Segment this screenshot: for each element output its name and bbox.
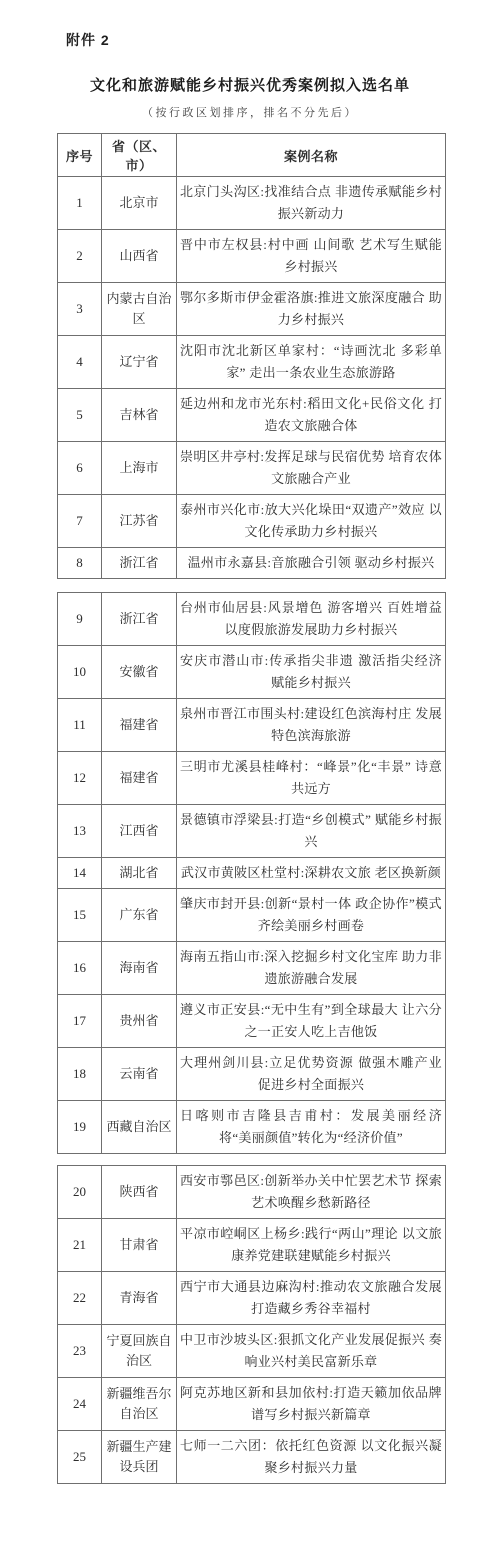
province-cell: 福建省 [102, 699, 177, 752]
province-cell: 安徽省 [102, 646, 177, 699]
attachment-label: 附件 2 [66, 30, 110, 50]
case-name-cell: 泉州市晋江市围头村:建设红色滨海村庄 发展特色滨海旅游 [177, 699, 446, 752]
province-cell: 宁夏回族自治区 [102, 1325, 177, 1378]
column-header-case-name: 案例名称 [177, 134, 446, 177]
province-cell: 广东省 [102, 889, 177, 942]
case-name-cell: 武汉市黄陂区杜堂村:深耕农文旅 老区换新颜 [177, 858, 446, 889]
case-name-cell: 鄂尔多斯市伊金霍洛旗:推进文旅深度融合 助力乡村振兴 [177, 283, 446, 336]
row-number-cell: 10 [58, 646, 102, 699]
case-table-container: 序号 省（区、市） 案例名称 1北京市北京门头沟区:找准结合点 非遗传承赋能乡村… [57, 133, 446, 1484]
row-number-cell: 18 [58, 1048, 102, 1101]
table-row: 12福建省三明市尤溪县桂峰村：“峰景”化“丰景” 诗意共远方 [58, 752, 446, 805]
table-row: 11福建省泉州市晋江市围头村:建设红色滨海村庄 发展特色滨海旅游 [58, 699, 446, 752]
province-cell: 浙江省 [102, 593, 177, 646]
province-cell: 江西省 [102, 805, 177, 858]
document-title: 文化和旅游赋能乡村振兴优秀案例拟入选名单 [0, 74, 500, 95]
province-cell: 甘肃省 [102, 1219, 177, 1272]
row-number-cell: 15 [58, 889, 102, 942]
table-row: 17贵州省遵义市正安县:“无中生有”到全球最大 让六分之一正安人吃上吉他饭 [58, 995, 446, 1048]
province-cell: 内蒙古自治区 [102, 283, 177, 336]
column-header-index: 序号 [58, 134, 102, 177]
province-cell: 海南省 [102, 942, 177, 995]
row-number-cell: 9 [58, 593, 102, 646]
table-row: 24新疆维吾尔自治区阿克苏地区新和县加依村:打造天籁加依品牌 谱写乡村振兴新篇章 [58, 1378, 446, 1431]
case-name-cell: 七师一二六团：依托红色资源 以文化振兴凝聚乡村振兴力量 [177, 1431, 446, 1484]
table-row: 23宁夏回族自治区中卫市沙坡头区:狠抓文化产业发展促振兴 奏响业兴村美民富新乐章 [58, 1325, 446, 1378]
province-cell: 新疆维吾尔自治区 [102, 1378, 177, 1431]
document-subtitle: （按行政区划排序，排名不分先后） [0, 104, 500, 120]
table-row: 8浙江省温州市永嘉县:音旅融合引领 驱动乡村振兴 [58, 548, 446, 579]
case-name-cell: 温州市永嘉县:音旅融合引领 驱动乡村振兴 [177, 548, 446, 579]
province-cell: 辽宁省 [102, 336, 177, 389]
province-cell: 贵州省 [102, 995, 177, 1048]
table-row: 19西藏自治区日喀则市吉隆县吉甫村：发展美丽经济 将“美丽颜值”转化为“经济价值… [58, 1101, 446, 1154]
row-number-cell: 3 [58, 283, 102, 336]
province-cell: 浙江省 [102, 548, 177, 579]
province-cell: 云南省 [102, 1048, 177, 1101]
province-cell: 山西省 [102, 230, 177, 283]
case-name-cell: 平凉市崆峒区上杨乡:践行“两山”理论 以文旅康养党建联建赋能乡村振兴 [177, 1219, 446, 1272]
row-number-cell: 24 [58, 1378, 102, 1431]
row-number-cell: 21 [58, 1219, 102, 1272]
case-name-cell: 安庆市潜山市:传承指尖非遗 激活指尖经济 赋能乡村振兴 [177, 646, 446, 699]
table-row: 13江西省景德镇市浮梁县:打造“乡创模式” 赋能乡村振兴 [58, 805, 446, 858]
row-number-cell: 1 [58, 177, 102, 230]
table-header-row: 序号 省（区、市） 案例名称 [58, 134, 446, 177]
case-name-cell: 中卫市沙坡头区:狠抓文化产业发展促振兴 奏响业兴村美民富新乐章 [177, 1325, 446, 1378]
case-name-cell: 晋中市左权县:村中画 山间歌 艺术写生赋能乡村振兴 [177, 230, 446, 283]
row-number-cell: 17 [58, 995, 102, 1048]
case-name-cell: 遵义市正安县:“无中生有”到全球最大 让六分之一正安人吃上吉他饭 [177, 995, 446, 1048]
case-table-section-2: 9浙江省台州市仙居县:风景增色 游客增兴 百姓增益 以度假旅游发展助力乡村振兴1… [57, 592, 446, 1154]
row-number-cell: 16 [58, 942, 102, 995]
case-name-cell: 大理州剑川县:立足优势资源 做强木雕产业 促进乡村全面振兴 [177, 1048, 446, 1101]
province-cell: 新疆生产建设兵团 [102, 1431, 177, 1484]
table-row: 2山西省晋中市左权县:村中画 山间歌 艺术写生赋能乡村振兴 [58, 230, 446, 283]
table-row: 1北京市北京门头沟区:找准结合点 非遗传承赋能乡村振兴新动力 [58, 177, 446, 230]
table-row: 20陕西省西安市鄠邑区:创新举办关中忙罢艺术节 探索艺术唤醒乡愁新路径 [58, 1166, 446, 1219]
province-cell: 吉林省 [102, 389, 177, 442]
table-row: 15广东省肇庆市封开县:创新“景村一体 政企协作”模式 齐绘美丽乡村画卷 [58, 889, 446, 942]
province-cell: 湖北省 [102, 858, 177, 889]
case-name-cell: 沈阳市沈北新区单家村：“诗画沈北 多彩单家” 走出一条农业生态旅游路 [177, 336, 446, 389]
case-table-section-3: 20陕西省西安市鄠邑区:创新举办关中忙罢艺术节 探索艺术唤醒乡愁新路径21甘肃省… [57, 1165, 446, 1484]
row-number-cell: 25 [58, 1431, 102, 1484]
table-row: 10安徽省安庆市潜山市:传承指尖非遗 激活指尖经济 赋能乡村振兴 [58, 646, 446, 699]
case-name-cell: 崇明区井亭村:发挥足球与民宿优势 培育农体文旅融合产业 [177, 442, 446, 495]
row-number-cell: 4 [58, 336, 102, 389]
row-number-cell: 5 [58, 389, 102, 442]
row-number-cell: 23 [58, 1325, 102, 1378]
row-number-cell: 20 [58, 1166, 102, 1219]
case-name-cell: 景德镇市浮梁县:打造“乡创模式” 赋能乡村振兴 [177, 805, 446, 858]
province-cell: 福建省 [102, 752, 177, 805]
row-number-cell: 8 [58, 548, 102, 579]
case-name-cell: 三明市尤溪县桂峰村：“峰景”化“丰景” 诗意共远方 [177, 752, 446, 805]
table-row: 6上海市崇明区井亭村:发挥足球与民宿优势 培育农体文旅融合产业 [58, 442, 446, 495]
table-row: 7江苏省泰州市兴化市:放大兴化垛田“双遗产”效应 以文化传承助力乡村振兴 [58, 495, 446, 548]
document-page: 附件 2 文化和旅游赋能乡村振兴优秀案例拟入选名单 （按行政区划排序，排名不分先… [0, 0, 500, 1544]
case-name-cell: 泰州市兴化市:放大兴化垛田“双遗产”效应 以文化传承助力乡村振兴 [177, 495, 446, 548]
case-name-cell: 北京门头沟区:找准结合点 非遗传承赋能乡村振兴新动力 [177, 177, 446, 230]
province-cell: 北京市 [102, 177, 177, 230]
case-name-cell: 西宁市大通县边麻沟村:推动农文旅融合发展 打造藏乡秀谷幸福村 [177, 1272, 446, 1325]
table-row: 21甘肃省平凉市崆峒区上杨乡:践行“两山”理论 以文旅康养党建联建赋能乡村振兴 [58, 1219, 446, 1272]
table-row: 5吉林省延边州和龙市光东村:稻田文化+民俗文化 打造农文旅融合体 [58, 389, 446, 442]
row-number-cell: 13 [58, 805, 102, 858]
row-number-cell: 12 [58, 752, 102, 805]
province-cell: 上海市 [102, 442, 177, 495]
case-name-cell: 延边州和龙市光东村:稻田文化+民俗文化 打造农文旅融合体 [177, 389, 446, 442]
case-name-cell: 台州市仙居县:风景增色 游客增兴 百姓增益 以度假旅游发展助力乡村振兴 [177, 593, 446, 646]
row-number-cell: 19 [58, 1101, 102, 1154]
column-header-province: 省（区、市） [102, 134, 177, 177]
table-row: 3内蒙古自治区鄂尔多斯市伊金霍洛旗:推进文旅深度融合 助力乡村振兴 [58, 283, 446, 336]
row-number-cell: 14 [58, 858, 102, 889]
table-row: 14湖北省武汉市黄陂区杜堂村:深耕农文旅 老区换新颜 [58, 858, 446, 889]
case-table-section-1: 序号 省（区、市） 案例名称 1北京市北京门头沟区:找准结合点 非遗传承赋能乡村… [57, 133, 446, 579]
row-number-cell: 7 [58, 495, 102, 548]
table-row: 18云南省大理州剑川县:立足优势资源 做强木雕产业 促进乡村全面振兴 [58, 1048, 446, 1101]
province-cell: 陕西省 [102, 1166, 177, 1219]
row-number-cell: 2 [58, 230, 102, 283]
case-name-cell: 海南五指山市:深入挖掘乡村文化宝库 助力非遗旅游融合发展 [177, 942, 446, 995]
case-name-cell: 日喀则市吉隆县吉甫村：发展美丽经济 将“美丽颜值”转化为“经济价值” [177, 1101, 446, 1154]
row-number-cell: 11 [58, 699, 102, 752]
table-header-row: 序号 省（区、市） 案例名称 [58, 134, 446, 177]
table-row: 22青海省西宁市大通县边麻沟村:推动农文旅融合发展 打造藏乡秀谷幸福村 [58, 1272, 446, 1325]
province-cell: 青海省 [102, 1272, 177, 1325]
province-cell: 西藏自治区 [102, 1101, 177, 1154]
case-name-cell: 阿克苏地区新和县加依村:打造天籁加依品牌 谱写乡村振兴新篇章 [177, 1378, 446, 1431]
case-name-cell: 西安市鄠邑区:创新举办关中忙罢艺术节 探索艺术唤醒乡愁新路径 [177, 1166, 446, 1219]
table-row: 25新疆生产建设兵团七师一二六团：依托红色资源 以文化振兴凝聚乡村振兴力量 [58, 1431, 446, 1484]
province-cell: 江苏省 [102, 495, 177, 548]
case-name-cell: 肇庆市封开县:创新“景村一体 政企协作”模式 齐绘美丽乡村画卷 [177, 889, 446, 942]
table-row: 16海南省海南五指山市:深入挖掘乡村文化宝库 助力非遗旅游融合发展 [58, 942, 446, 995]
row-number-cell: 6 [58, 442, 102, 495]
row-number-cell: 22 [58, 1272, 102, 1325]
table-row: 9浙江省台州市仙居县:风景增色 游客增兴 百姓增益 以度假旅游发展助力乡村振兴 [58, 593, 446, 646]
table-row: 4辽宁省沈阳市沈北新区单家村：“诗画沈北 多彩单家” 走出一条农业生态旅游路 [58, 336, 446, 389]
